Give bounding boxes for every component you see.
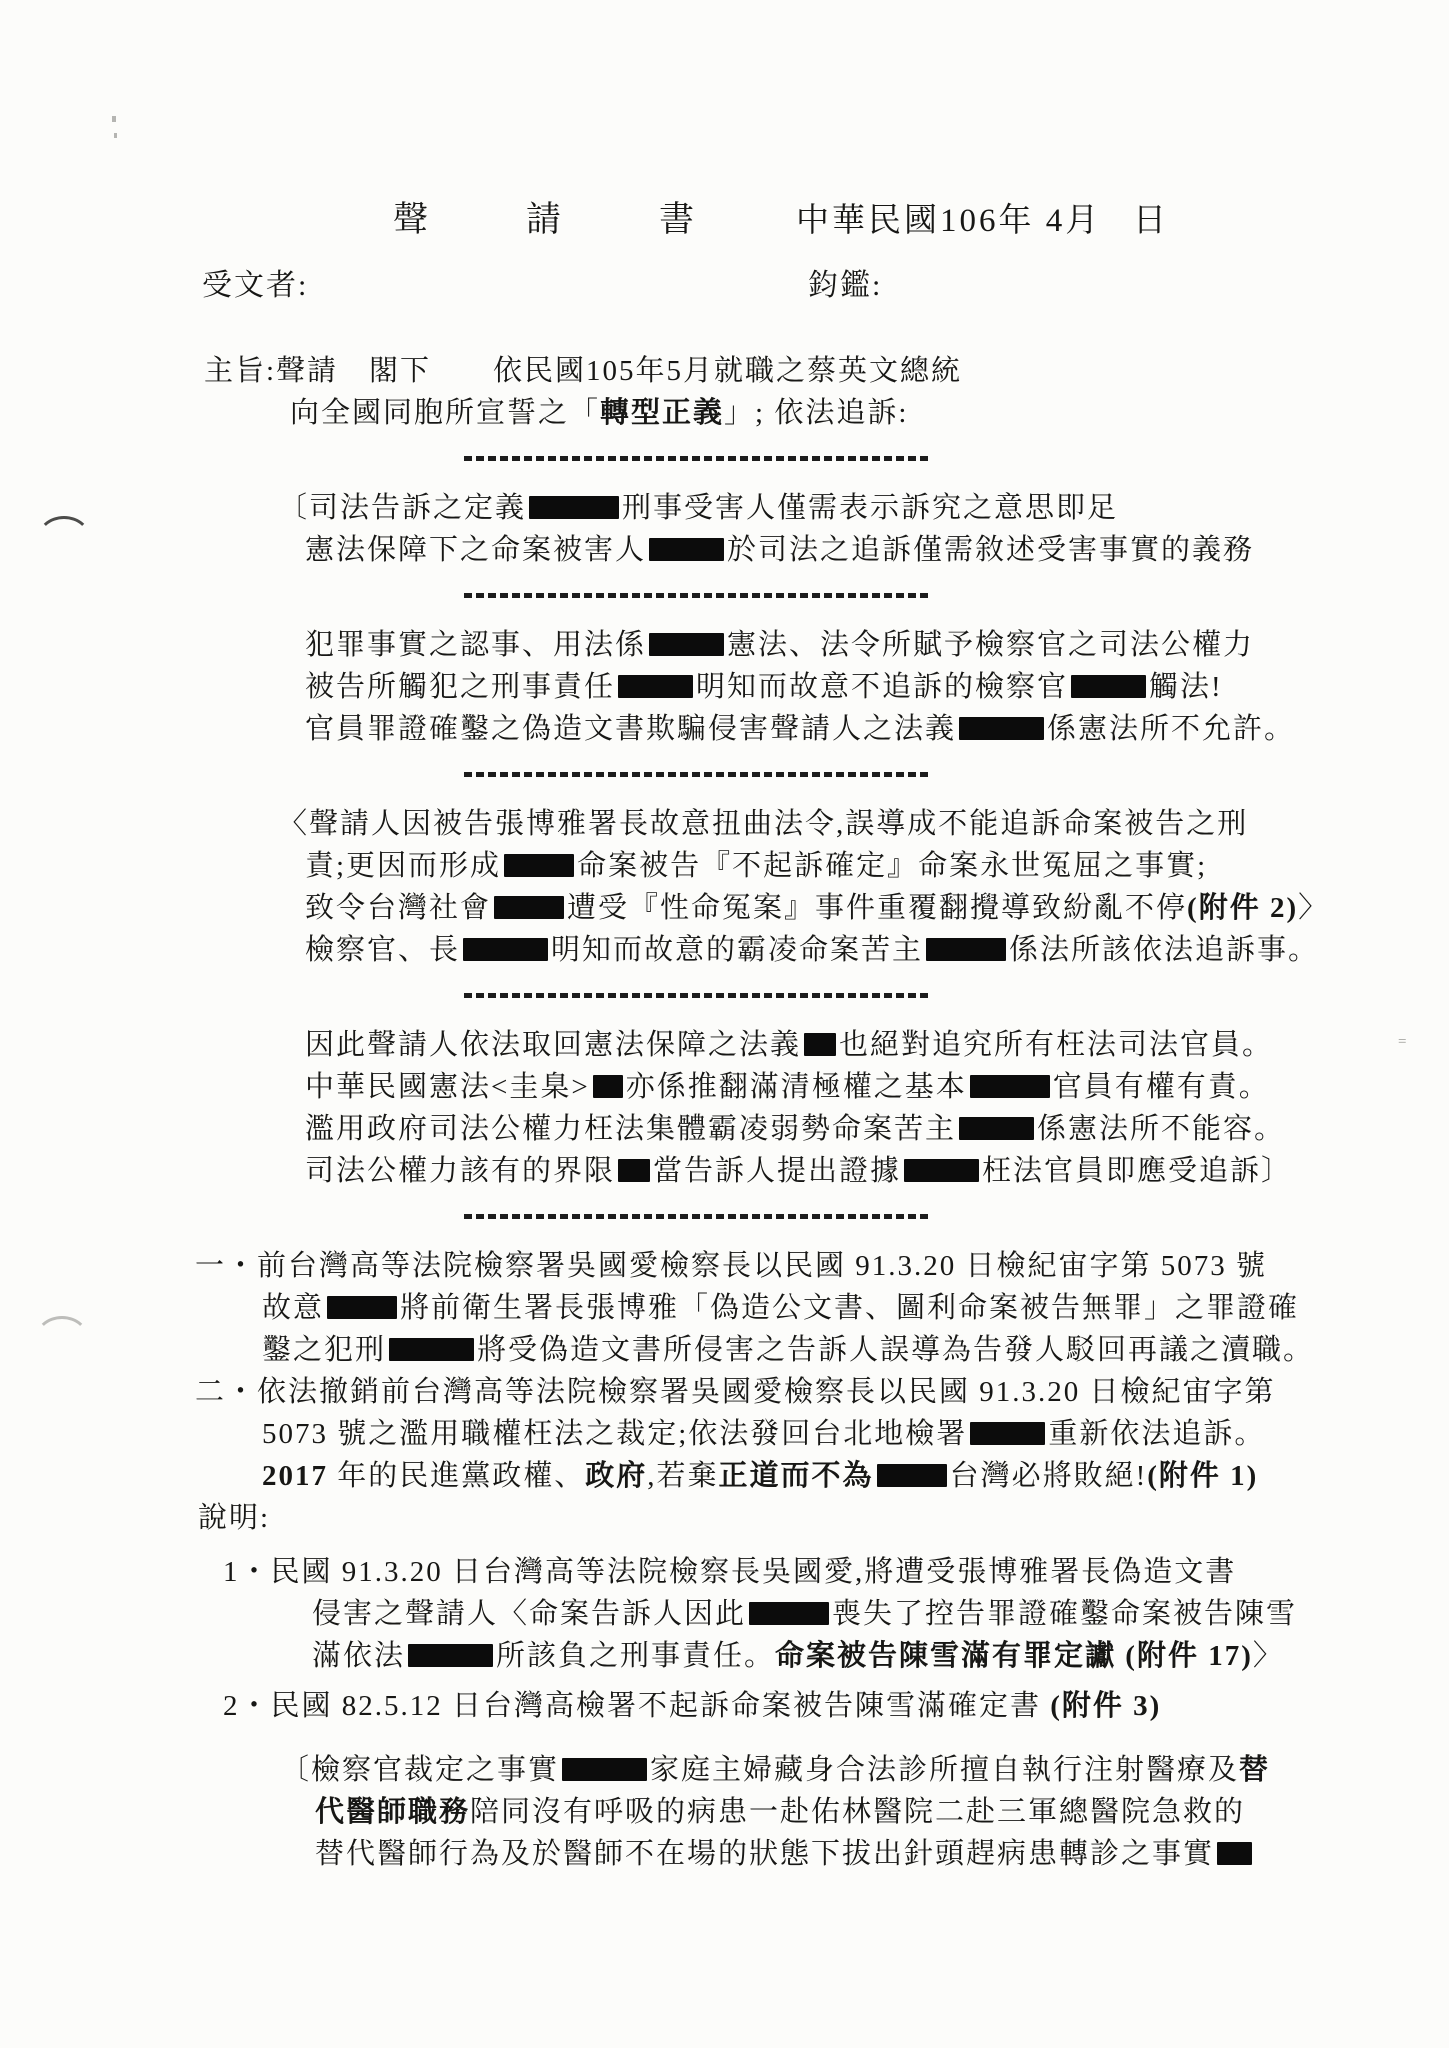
text-line: 替代醫師行為及於醫師不在場的狀態下拔出針頭趕病患轉診之事實 <box>315 1833 1449 1875</box>
text-segment: 所該負之刑事責任。 <box>496 1640 775 1672</box>
text-line: 5073 號之濫用職權枉法之裁定;依法發回台北地檢署重新依法追訴。 <box>262 1413 1449 1455</box>
text-segment: 轉型正義 <box>600 397 724 429</box>
document-date-day: 日 <box>1133 194 1166 241</box>
text-segment: 於司法之追訴僅需敘述受害事實的義務 <box>727 534 1254 566</box>
text-line: 憲法保障下之命案被害人於司法之追訴僅需敘述受害事實的義務 <box>305 529 1449 571</box>
text-line: 故意將前衛生署長張博雅「偽造公文書、圖利命案被告無罪」之罪證確 <box>262 1287 1449 1329</box>
redaction-bar <box>649 538 724 561</box>
text-segment: (附件 17) <box>1125 1640 1253 1672</box>
text-segment: 將前衛生署長張博雅「偽造公文書、圖利命案被告無罪」之罪證確 <box>400 1292 1299 1324</box>
text-segment: 當告訴人提出證據 <box>653 1155 901 1187</box>
text-segment: 官員有權有責。 <box>1053 1071 1270 1103</box>
text-line: 2017 年的民進黨政權、政府,若棄正道而不為台灣必將敗絕!(附件 1) <box>262 1455 1449 1497</box>
redaction-bar <box>494 896 564 919</box>
redaction-bar <box>618 675 693 698</box>
text-line: 鑿之犯刑將受偽造文書所侵害之告訴人誤導為告發人駁回再議之瀆職。 <box>262 1329 1449 1371</box>
text-segment: 二・依法撤銷前台灣高等法院檢察署吳國愛檢察長以民國 91.3.20 日檢紀宙字第 <box>195 1376 1276 1408</box>
text-segment: 因此聲請人依法取回憲法保障之法義 <box>305 1029 801 1061</box>
text-segment: 滿依法 <box>312 1640 405 1672</box>
text-segment: 被告所觸犯之刑事責任 <box>305 671 615 703</box>
redaction-bar <box>618 1159 650 1182</box>
text-segment: 將受偽造文書所侵害之告訴人誤導為告發人駁回再議之瀆職。 <box>477 1334 1314 1366</box>
text-segment: 觸法! <box>1149 671 1223 703</box>
redaction-bar <box>529 496 619 519</box>
text-segment: 年的民進黨政權、 <box>328 1460 585 1492</box>
text-segment: 5073 號之濫用職權枉法之裁定;依法發回台北地檢署 <box>262 1418 967 1450</box>
text-line: 滿依法所該負之刑事責任。命案被告陳雪滿有罪定讞 (附件 17)〉 <box>312 1635 1449 1677</box>
text-segment: 政府 <box>585 1460 647 1492</box>
text-segment: 官員罪證確鑿之偽造文書欺騙侵害聲請人之法義 <box>305 713 956 745</box>
scan-speck-artifact <box>112 116 116 122</box>
text-line: 被告所觸犯之刑事責任明知而故意不追訴的檢察官觸法! <box>305 666 1449 708</box>
redaction-bar <box>970 1075 1050 1098</box>
redaction-bar <box>970 1422 1045 1445</box>
redaction-bar <box>959 717 1044 740</box>
text-line: 〔司法告訴之定義刑事受害人僅需表示訴究之意思即足 <box>278 487 1449 529</box>
text-segment: 命案被告『不起訴確定』命案永世冤屈之事實; <box>577 850 1207 882</box>
dashed-separator <box>464 772 932 777</box>
text-line: 1・民國 91.3.20 日台灣高等法院檢察長吳國愛,將遭受張博雅署長偽造文書 <box>223 1551 1449 1593</box>
text-line: 一・前台灣高等法院檢察署吳國愛檢察長以民國 91.3.20 日檢紀宙字第 507… <box>195 1245 1449 1287</box>
text-segment: 〔檢察官裁定之事實 <box>280 1754 559 1786</box>
text-segment: ,若棄 <box>647 1460 718 1492</box>
text-segment: 係憲法所不能容。 <box>1037 1113 1285 1145</box>
text-segment: 代醫師職務 <box>315 1796 470 1828</box>
redaction-bar <box>1217 1842 1252 1865</box>
text-line: 說明: <box>198 1497 1449 1539</box>
scanned-petition-page: 聲請書 中華民國106年 4月 日 受文者: 鈞鑑: 主旨:聲請 閣下 依民國1… <box>0 0 1449 2048</box>
scan-speck-artifact <box>114 133 117 138</box>
text-segment: 亦係推翻滿清極權之基本 <box>626 1071 967 1103</box>
redaction-bar <box>1071 675 1146 698</box>
text-segment: 重新依法追訴。 <box>1048 1418 1265 1450</box>
text-line: 司法公權力該有的界限當告訴人提出證據枉法官員即應受追訴〕 <box>305 1150 1449 1192</box>
text-segment: 枉法官員即應受追訴〕 <box>982 1155 1292 1187</box>
text-segment: 濫用政府司法公權力枉法集體霸凌弱勢命案苦主 <box>305 1113 956 1145</box>
text-line: 官員罪證確鑿之偽造文書欺騙侵害聲請人之法義係憲法所不允許。 <box>305 708 1449 750</box>
document-title: 聲請書 <box>393 192 792 242</box>
text-segment: 2・民國 82.5.12 日台灣高檢署不起訴命案被告陳雪滿確定書 <box>223 1690 1050 1722</box>
text-segment: 說明: <box>198 1502 270 1534</box>
text-line: 侵害之聲請人〈命案告訴人因此喪失了控告罪證確鑿命案被告陳雪 <box>312 1593 1449 1635</box>
text-segment: 陪同沒有呼吸的病患一赴佑林醫院二赴三軍總醫院急救的 <box>470 1796 1245 1828</box>
redaction-bar <box>562 1758 647 1781</box>
text-segment: (附件 1) <box>1147 1460 1258 1492</box>
text-line: 〈聲請人因被告張博雅署長故意扭曲法令,誤導成不能追訴命案被告之刑 <box>278 803 1449 845</box>
text-segment: 遭受『性命冤案』事件重覆翻攪導致紛亂不停 <box>567 892 1187 924</box>
text-segment: 〉 <box>1298 892 1329 924</box>
scan-arc-artifact <box>36 516 92 566</box>
recipient-label: 受文者: <box>202 260 308 304</box>
redaction-bar <box>649 633 724 656</box>
dashed-separator <box>464 456 932 461</box>
redaction-bar <box>327 1296 397 1319</box>
text-segment: (附件 2) <box>1187 892 1298 924</box>
text-line: 責;更因而形成命案被告『不起訴確定』命案永世冤屈之事實; <box>305 845 1449 887</box>
text-segment: 」; 依法追訴: <box>724 397 908 429</box>
text-segment: 明知而故意不追訴的檢察官 <box>696 671 1068 703</box>
text-segment: 替代醫師行為及於醫師不在場的狀態下拔出針頭趕病患轉診之事實 <box>315 1838 1214 1870</box>
salutation-label: 鈞鑑: <box>808 260 882 304</box>
text-segment: 責;更因而形成 <box>305 850 501 882</box>
text-line: 代醫師職務陪同沒有呼吸的病患一赴佑林醫院二赴三軍總醫院急救的 <box>315 1791 1449 1833</box>
document-date: 中華民國106年 4月 <box>796 194 1101 241</box>
redaction-bar <box>904 1159 979 1182</box>
redaction-bar <box>749 1602 829 1625</box>
text-line: 犯罪事實之認事、用法係憲法、法令所賦予檢察官之司法公權力 <box>305 624 1449 666</box>
redaction-bar <box>877 1464 947 1487</box>
text-segment: 一・前台灣高等法院檢察署吳國愛檢察長以民國 91.3.20 日檢紀宙字第 507… <box>195 1250 1267 1282</box>
text-segment: 鑿之犯刑 <box>262 1334 386 1366</box>
text-segment: 憲法、法令所賦予檢察官之司法公權力 <box>727 629 1254 661</box>
redaction-bar <box>804 1033 836 1056</box>
text-segment: 故意 <box>262 1292 324 1324</box>
text-segment: 〈聲請人因被告張博雅署長故意扭曲法令,誤導成不能追訴命案被告之刑 <box>278 808 1248 840</box>
text-segment: 憲法保障下之命案被害人 <box>305 534 646 566</box>
redaction-bar <box>926 938 1006 961</box>
text-line: 檢察官、長明知而故意的霸凌命案苦主係法所該依法追訴事。 <box>305 929 1449 971</box>
text-line: 2・民國 82.5.12 日台灣高檢署不起訴命案被告陳雪滿確定書 (附件 3) <box>223 1685 1449 1727</box>
dashed-separator <box>464 993 932 998</box>
text-segment: 向全國同胞所宣誓之「 <box>290 397 600 429</box>
text-segment: 〉 <box>1253 1640 1284 1672</box>
redaction-bar <box>463 938 548 961</box>
text-line: 〔檢察官裁定之事實家庭主婦藏身合法診所擅自執行注射醫療及替 <box>280 1749 1449 1791</box>
text-line: 二・依法撤銷前台灣高等法院檢察署吳國愛檢察長以民國 91.3.20 日檢紀宙字第 <box>195 1371 1449 1413</box>
text-segment: 係憲法所不允許。 <box>1047 713 1295 745</box>
text-segment: 致令台灣社會 <box>305 892 491 924</box>
text-segment: 中華民國憲法<圭臬> <box>305 1071 590 1103</box>
redaction-bar <box>504 854 574 877</box>
text-segment: 喪失了控告罪證確鑿命案被告陳雪 <box>832 1598 1297 1630</box>
text-line: 向全國同胞所宣誓之「轉型正義」; 依法追訴: <box>290 392 1449 434</box>
scan-arc-artifact <box>34 1316 90 1366</box>
redaction-bar <box>408 1644 493 1667</box>
text-line: 中華民國憲法<圭臬>亦係推翻滿清極權之基本官員有權有責。 <box>305 1066 1449 1108</box>
text-segment: 主旨:聲請 閣下 依民國105年5月就職之蔡英文總統 <box>204 355 962 387</box>
text-line: 因此聲請人依法取回憲法保障之法義也絕對追究所有枉法司法官員。 <box>305 1024 1449 1066</box>
text-line: 濫用政府司法公權力枉法集體霸凌弱勢命案苦主係憲法所不能容。 <box>305 1108 1449 1150</box>
scan-edge-artifact: = <box>1398 1034 1407 1051</box>
text-segment: 命案被告陳雪滿有罪定讞 <box>775 1640 1125 1672</box>
text-segment: 明知而故意的霸凌命案苦主 <box>551 934 923 966</box>
text-segment: 1・民國 91.3.20 日台灣高等法院檢察長吳國愛,將遭受張博雅署長偽造文書 <box>223 1556 1236 1588</box>
redaction-bar <box>959 1117 1034 1140</box>
dashed-separator <box>464 593 932 598</box>
text-segment: 家庭主婦藏身合法診所擅自執行注射醫療及 <box>650 1754 1239 1786</box>
text-segment: 也絕對追究所有枉法司法官員。 <box>839 1029 1273 1061</box>
text-line: 致令台灣社會遭受『性命冤案』事件重覆翻攪導致紛亂不停(附件 2)〉 <box>305 887 1449 929</box>
text-segment: 檢察官、長 <box>305 934 460 966</box>
redaction-bar <box>389 1338 474 1361</box>
text-segment: 犯罪事實之認事、用法係 <box>305 629 646 661</box>
text-segment: 司法公權力該有的界限 <box>305 1155 615 1187</box>
dashed-separator <box>464 1214 932 1219</box>
text-segment: 正道而不為 <box>719 1460 874 1492</box>
text-segment: 係法所該依法追訴事。 <box>1009 934 1319 966</box>
redaction-bar <box>593 1075 623 1098</box>
text-segment: 侵害之聲請人〈命案告訴人因此 <box>312 1598 746 1630</box>
text-segment: 台灣必將敗絕! <box>950 1460 1148 1492</box>
text-segment: (附件 3) <box>1050 1690 1161 1722</box>
text-segment: 替 <box>1239 1754 1270 1786</box>
text-segment: 刑事受害人僅需表示訴究之意思即足 <box>622 492 1118 524</box>
text-segment: 〔司法告訴之定義 <box>278 492 526 524</box>
text-line: 主旨:聲請 閣下 依民國105年5月就職之蔡英文總統 <box>204 350 1449 392</box>
text-segment: 2017 <box>262 1460 328 1492</box>
document-body: 主旨:聲請 閣下 依民國105年5月就職之蔡英文總統向全國同胞所宣誓之「轉型正義… <box>0 350 1449 1875</box>
